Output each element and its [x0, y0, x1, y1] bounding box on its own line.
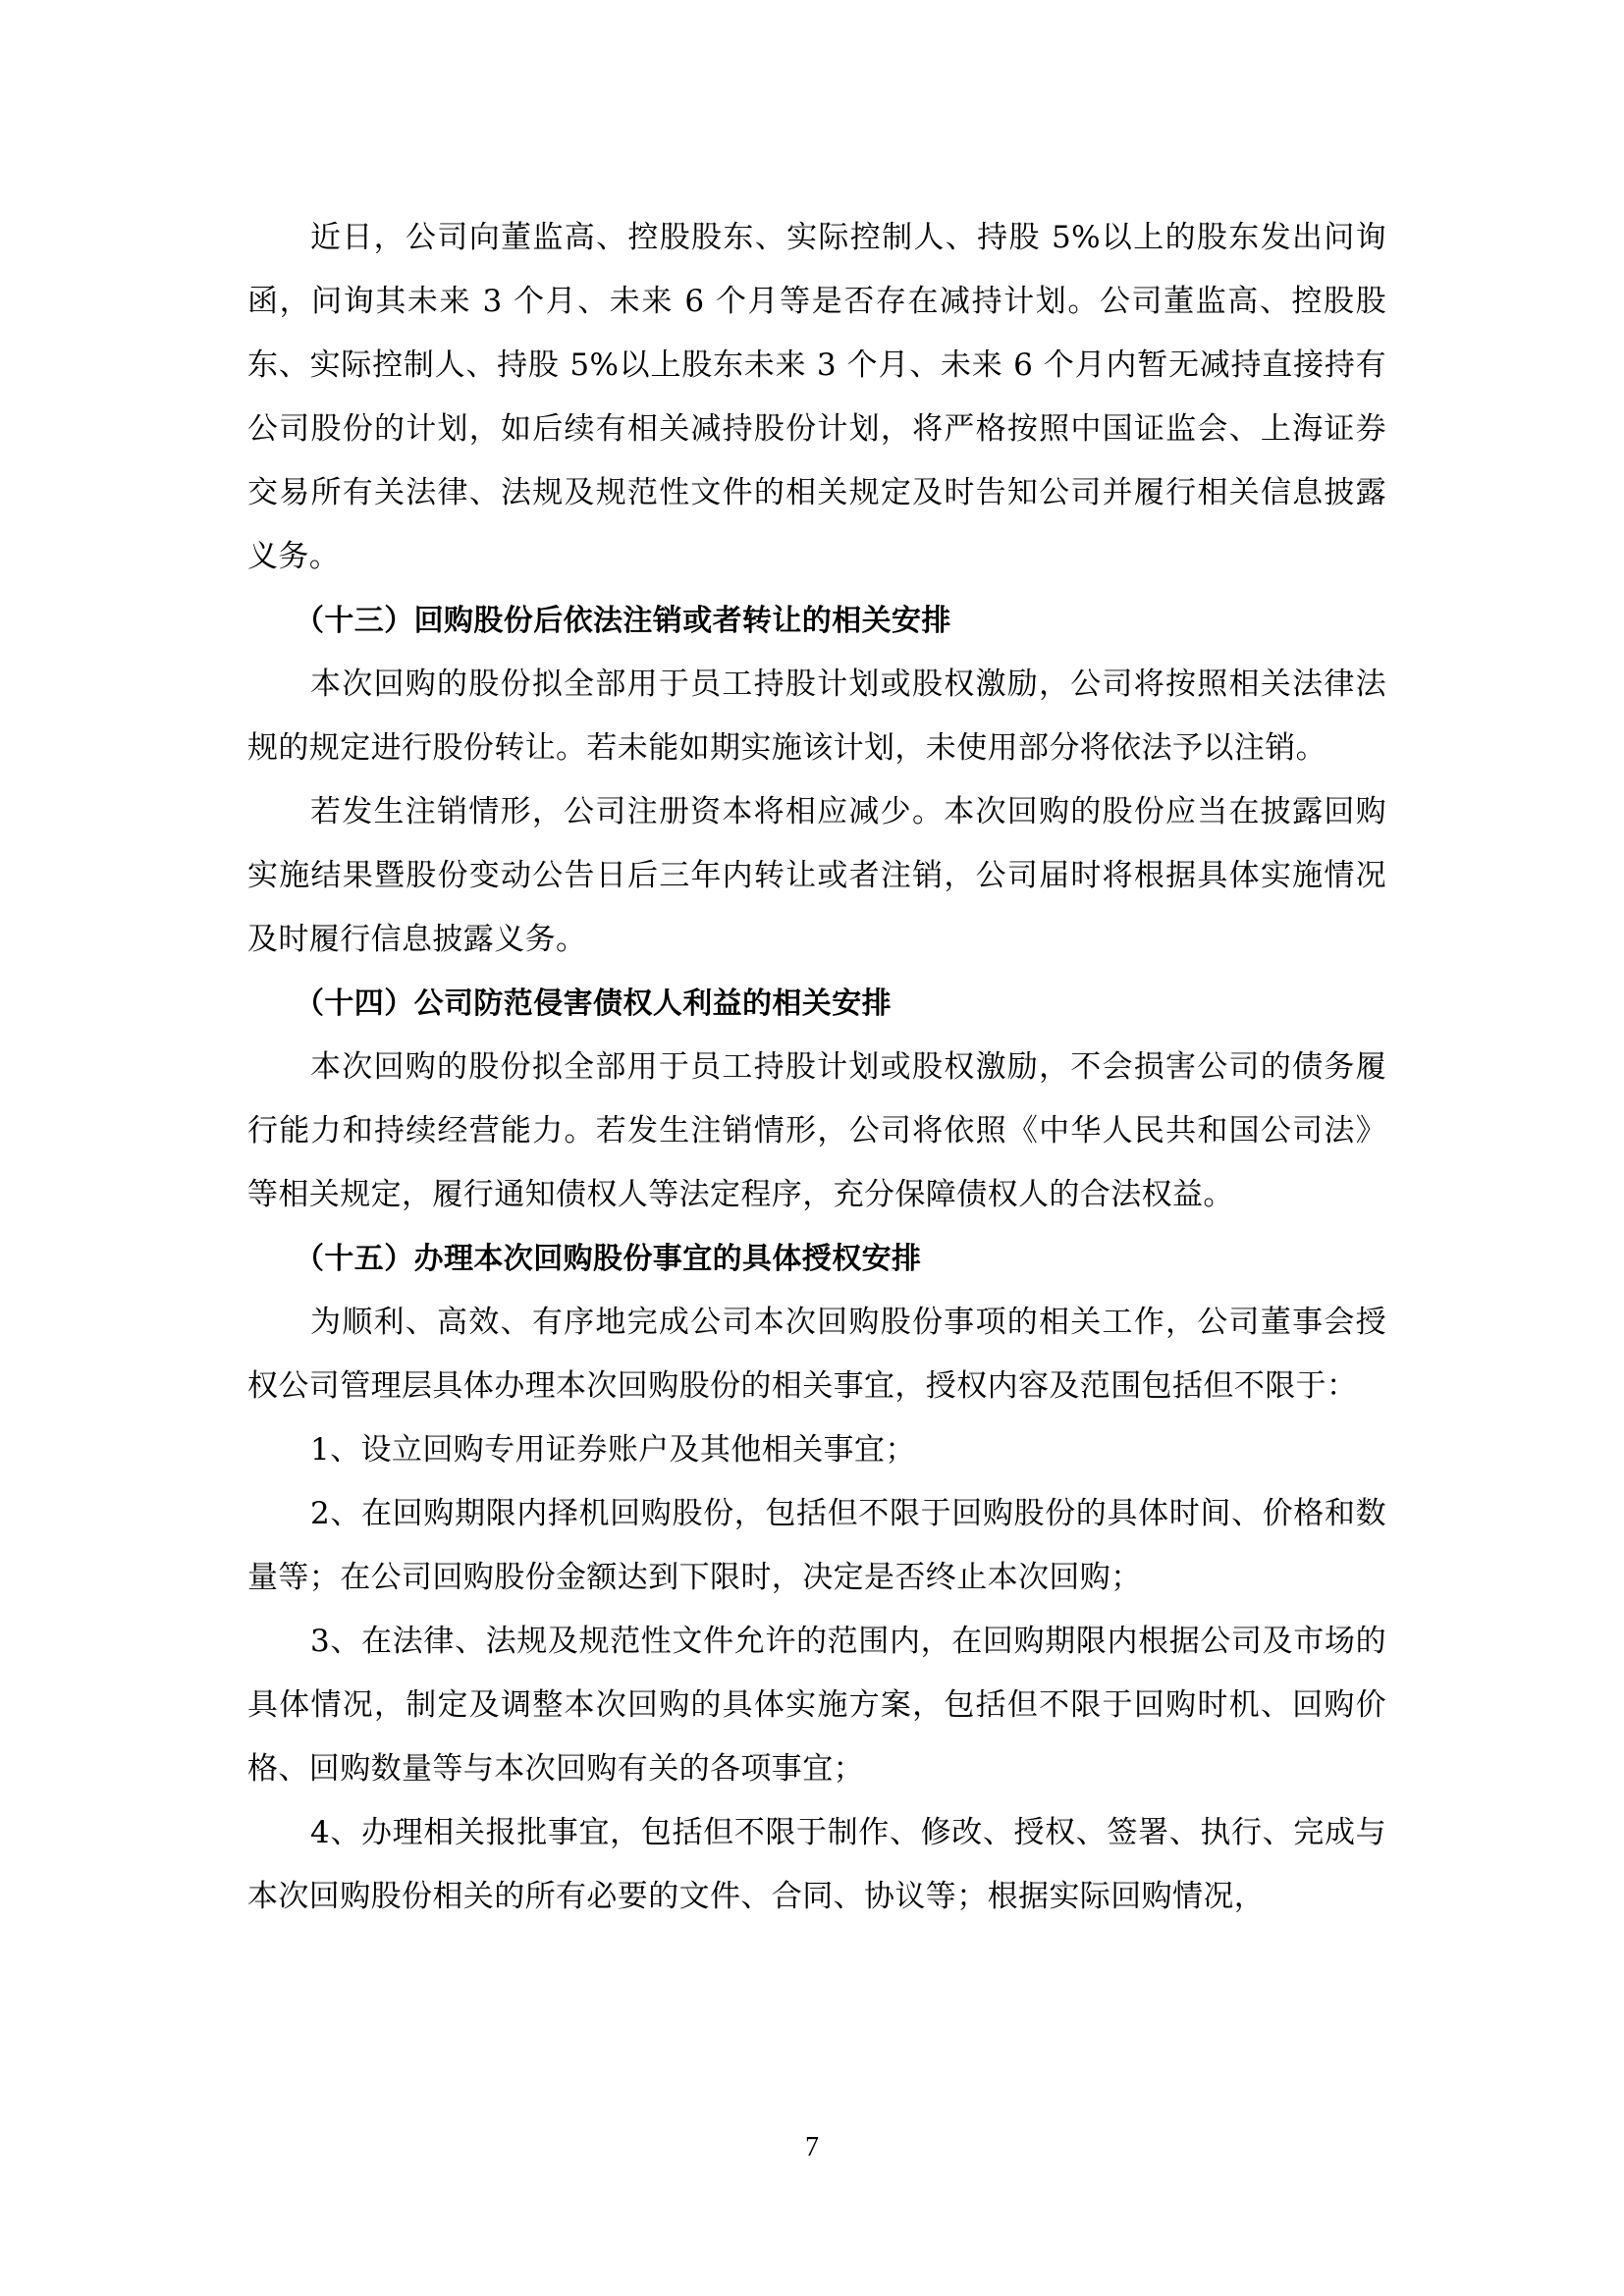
document-page: 近日，公司向董监高、控股股东、实际控制人、持股 5%以上的股东发出问询函，问询其…	[247, 206, 1386, 1929]
list-item-3: 3、在法律、法规及规范性文件允许的范围内，在回购期限内根据公司及市场的具体情况，…	[247, 1610, 1386, 1801]
paragraph-reduction-plan-inquiry: 近日，公司向董监高、控股股东、实际控制人、持股 5%以上的股东发出问询函，问询其…	[247, 206, 1386, 589]
list-item-1: 1、设立回购专用证券账户及其他相关事宜；	[247, 1418, 1386, 1482]
section-heading-15: （十五）办理本次回购股份事宜的具体授权安排	[247, 1227, 1386, 1291]
paragraph-repurchase-use: 本次回购的股份拟全部用于员工持股计划或股权激励，公司将按照相关法律法规的规定进行…	[247, 653, 1386, 780]
page-number: 7	[0, 2132, 1624, 2163]
paragraph-authorization-intro: 为顺利、高效、有序地完成公司本次回购股份事项的相关工作，公司董事会授权公司管理层…	[247, 1291, 1386, 1418]
section-heading-14: （十四）公司防范侵害债权人利益的相关安排	[247, 972, 1386, 1036]
list-item-4: 4、办理相关报批事宜，包括但不限于制作、修改、授权、签署、执行、完成与本次回购股…	[247, 1801, 1386, 1929]
list-item-2: 2、在回购期限内择机回购股份，包括但不限于回购股份的具体时间、价格和数量等；在公…	[247, 1482, 1386, 1610]
paragraph-creditor-protection: 本次回购的股份拟全部用于员工持股计划或股权激励，不会损害公司的债务履行能力和持续…	[247, 1036, 1386, 1227]
section-heading-13: （十三）回购股份后依法注销或者转让的相关安排	[247, 589, 1386, 653]
paragraph-cancellation: 若发生注销情形，公司注册资本将相应减少。本次回购的股份应当在披露回购实施结果暨股…	[247, 780, 1386, 972]
